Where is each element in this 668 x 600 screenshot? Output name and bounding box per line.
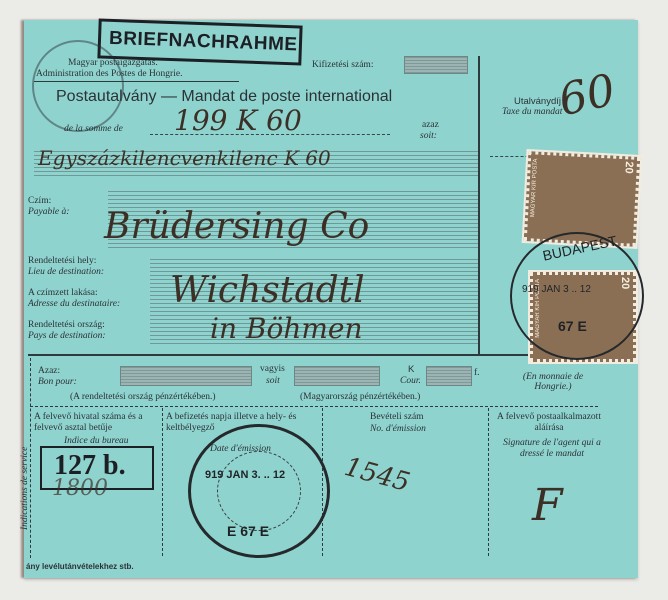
amount-words-handwritten: Egyszázkilencvenkilenc K 60 (38, 146, 331, 170)
col3-label-hu: Bevételi szám (370, 412, 424, 422)
bon-aux-hu: vagyis (260, 364, 285, 374)
address-label-hu: A czímzett lakása: (28, 288, 98, 298)
admin-hu: Magyar postaigazgatás. (68, 58, 158, 68)
col3-handwritten: 1545 (341, 452, 413, 498)
payee-label-hu: Czím: (28, 196, 51, 206)
col-divider-1 (162, 408, 163, 556)
destination-label-hu: Rendeltetési hely: (28, 256, 96, 266)
faded-postmark (32, 40, 124, 132)
postmark-bottom-date: 919 JAN 3. .. 12 (205, 469, 285, 481)
fee-handwritten: 60 (554, 65, 619, 127)
bon-k: K (408, 364, 414, 375)
col4-signature: F (532, 480, 563, 531)
col1-label-fr: Indice du bureau (64, 436, 129, 446)
footer-text: ány levélutánvételekhez stb. (26, 562, 134, 571)
col4-label-hu: A felvevő postaalkalmazott aláírása (494, 412, 604, 434)
bon-label-hu: Azaz: (38, 366, 60, 376)
stamp-1-value: 20 (622, 161, 635, 174)
amount-label: de la somme de (64, 124, 123, 134)
postmark-budapest-bottom: 919 JAN 3. .. 12 E 67 E (188, 424, 330, 558)
postmark-inner-ring (217, 451, 301, 531)
bon-left-border (30, 358, 31, 558)
bon-note-dest: (A rendeltetési ország pénzértékében.) (70, 392, 216, 402)
postmark-right-date: 919 JAN 3 .. 12 (522, 284, 591, 295)
country-handwritten: in Böhmen (210, 312, 363, 345)
bon-aux-fr: soit (266, 376, 280, 386)
address-label-fr: Adresse du destinataire: (28, 299, 120, 309)
bon-local-field (294, 366, 380, 386)
payee-handwritten: Brüdersing Co (104, 206, 369, 247)
right-column-divider (478, 56, 480, 354)
bon-note-fr: (En monnaie de Hongrie.) (508, 372, 598, 392)
payment-number-label: Kifizetési szám: (312, 60, 373, 70)
bon-note-hu: (Magyarország pénzértékében.) (300, 392, 420, 402)
side-service-label: Indications de service (20, 447, 30, 530)
col-divider-3 (488, 408, 489, 556)
amount-aux-fr: soit: (420, 131, 437, 141)
country-label-hu: Rendeltetési ország: (28, 320, 105, 330)
postmark-right-code: 67 E (558, 318, 587, 334)
col1-handwritten: 1800 (52, 476, 108, 501)
admin-fr: Administration des Postes de Hongrie. (36, 69, 182, 79)
amount-aux-hu: azaz (422, 120, 439, 130)
service-row-top (30, 406, 598, 407)
bon-label-fr: Bon pour: (38, 377, 77, 387)
col4-label-fr: Signature de l'agent qui a dressé le man… (500, 438, 604, 460)
bon-filler-field (426, 366, 472, 386)
country-label-fr: Pays de destination: (28, 331, 106, 341)
bon-f: f. (474, 368, 480, 378)
payee-label-fr: Payable à: (28, 207, 69, 217)
postmark-bottom-code: E 67 E (227, 523, 269, 539)
stamp-1-country: MAGYAR KIR POSTA (530, 158, 539, 217)
col1-label-hu: A felvevő hivatal száma és a felvevő asz… (34, 412, 160, 434)
money-order-form: BRIEFNACHRAHME Magyar postaigazgatás. Ad… (24, 20, 638, 578)
fee-label-hu: Utalványdíj (514, 96, 561, 107)
amount-handwritten: 199 K 60 (174, 104, 302, 137)
postmark-right-city: BUDAPEST (541, 232, 618, 263)
header-rule (34, 81, 239, 82)
destination-label-fr: Lieu de destination: (28, 267, 104, 277)
postmark-budapest-right: BUDAPEST 919 JAN 3 .. 12 67 E (510, 232, 644, 360)
briefnachnahme-text: BRIEFNACHRAHME (109, 28, 298, 57)
bon-cour: Cour. (400, 376, 421, 386)
col3-label-fr: No. d'émission (370, 424, 426, 434)
payment-number-field (404, 56, 468, 74)
fee-label-fr: Taxe du mandat (502, 107, 562, 117)
address-handwritten: Wichstadtl (170, 270, 365, 311)
bon-amount-field (120, 366, 252, 386)
